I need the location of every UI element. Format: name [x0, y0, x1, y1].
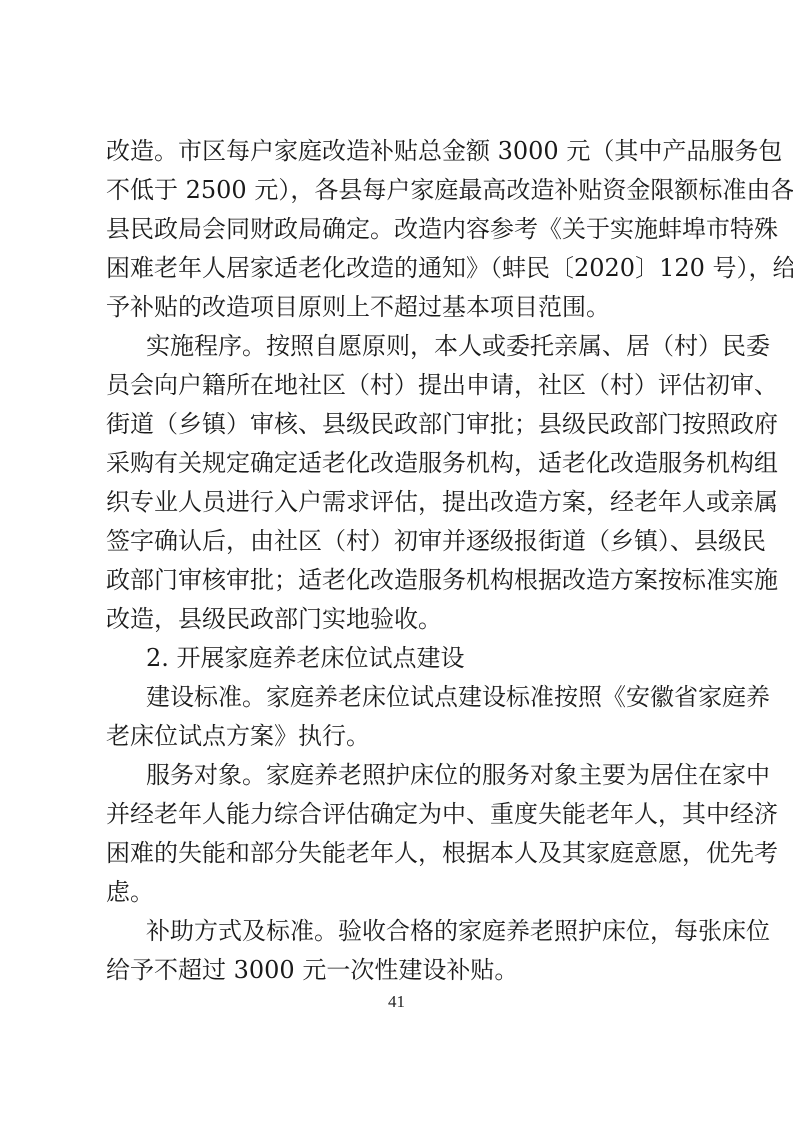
body-text: 改造。市区每户家庭改造补贴总金额 3000 元（其中产品服务包 不低于 2500… [106, 132, 688, 990]
text-line: 街道（乡镇）审核、县级民政部门审批；县级民政部门按照政府 [106, 405, 688, 444]
page-number: 41 [0, 992, 793, 1012]
text-line: 困难的失能和部分失能老年人，根据本人及其家庭意愿，优先考 [106, 834, 688, 873]
text-line: 签字确认后，由社区（村）初审并逐级报街道（乡镇）、县级民 [106, 522, 688, 561]
text-line: 织专业人员进行入户需求评估，提出改造方案，经老年人或亲属 [106, 483, 688, 522]
text-line: 服务对象。家庭养老照护床位的服务对象主要为居住在家中 [106, 756, 688, 795]
text-line: 员会向户籍所在地社区（村）提出申请，社区（村）评估初审、 [106, 366, 688, 405]
text-line: 政部门审核审批；适老化改造服务机构根据改造方案按标准实施 [106, 561, 688, 600]
section-heading: 2. 开展家庭养老床位试点建设 [106, 639, 688, 678]
text-line: 实施程序。按照自愿原则，本人或委托亲属、居（村）民委 [106, 327, 688, 366]
text-line: 并经老年人能力综合评估确定为中、重度失能老年人，其中经济 [106, 795, 688, 834]
text-line: 困难老年人居家适老化改造的通知》（蚌民〔2020〕120 号），给 [106, 249, 688, 288]
text-line: 虑。 [106, 873, 688, 912]
text-line: 建设标准。家庭养老床位试点建设标准按照《安徽省家庭养 [106, 678, 688, 717]
text-line: 给予不超过 3000 元一次性建设补贴。 [106, 951, 688, 990]
text-line: 予补贴的改造项目原则上不超过基本项目范围。 [106, 288, 688, 327]
text-line: 改造。市区每户家庭改造补贴总金额 3000 元（其中产品服务包 [106, 132, 688, 171]
text-line: 改造，县级民政部门实地验收。 [106, 600, 688, 639]
text-line: 补助方式及标准。验收合格的家庭养老照护床位，每张床位 [106, 912, 688, 951]
document-page: 改造。市区每户家庭改造补贴总金额 3000 元（其中产品服务包 不低于 2500… [0, 0, 793, 1122]
text-line: 县民政局会同财政局确定。改造内容参考《关于实施蚌埠市特殊 [106, 210, 688, 249]
text-line: 老床位试点方案》执行。 [106, 717, 688, 756]
text-line: 采购有关规定确定适老化改造服务机构，适老化改造服务机构组 [106, 444, 688, 483]
text-line: 不低于 2500 元），各县每户家庭最高改造补贴资金限额标准由各 [106, 171, 688, 210]
